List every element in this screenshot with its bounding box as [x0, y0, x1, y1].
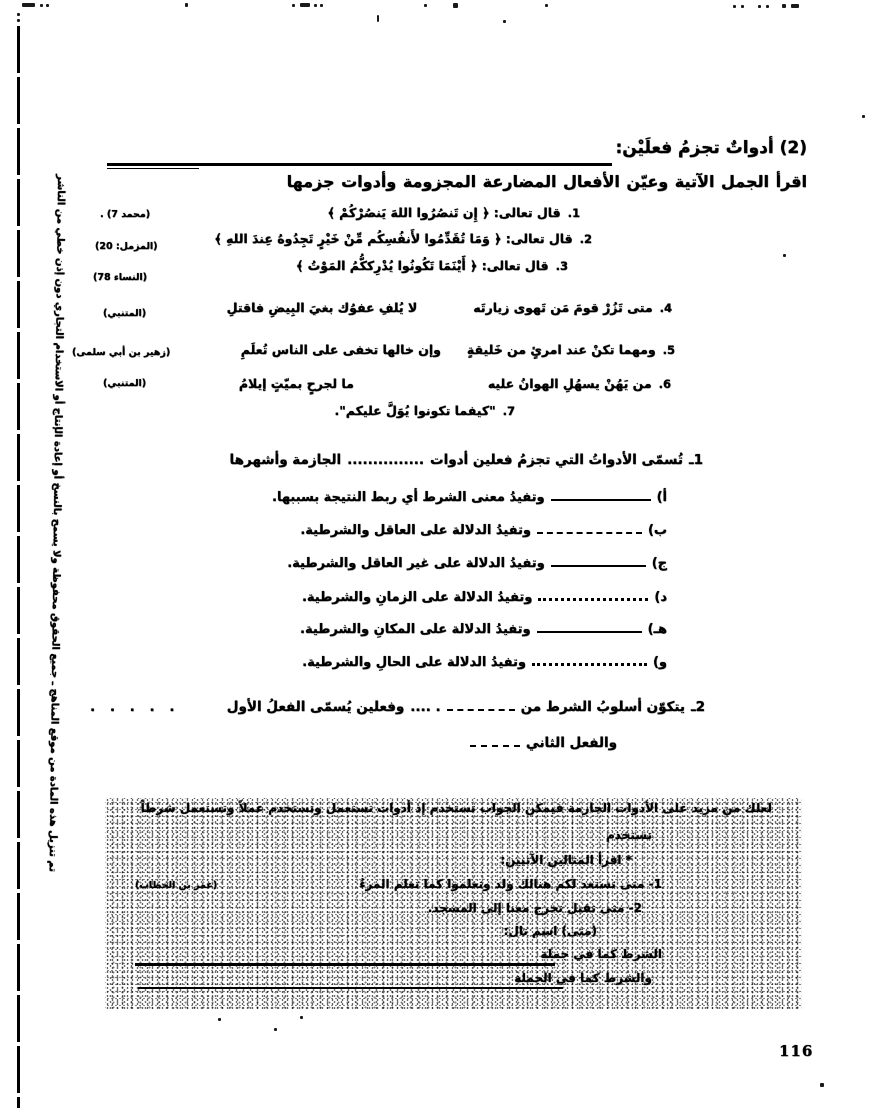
- scan-speckle: [46, 4, 49, 7]
- example-number: 1.: [568, 206, 580, 221]
- note-line-3: * اقرأ المثالين الآتيين:: [500, 853, 632, 867]
- quoted-saying: "كيفما تكونوا يُوَلَّ عليكم".: [335, 403, 496, 419]
- example-number: 4.: [660, 301, 672, 316]
- item-text: وتفيدُ الدلالة على غير العاقل والشرطية.: [287, 556, 544, 572]
- note-line-7: الشرط كما في جملة: [540, 947, 662, 961]
- scan-speckle: [185, 3, 188, 7]
- scan-speckle: [40, 4, 43, 7]
- note-line-2: تستخدم: [606, 828, 652, 842]
- item-blank: [538, 587, 648, 601]
- dotted-blank: ...............: [347, 452, 424, 469]
- scanned-textbook-page: تم تنزيل هذه المادة من موقع المناهج ـ جم…: [0, 0, 883, 1120]
- title-underline: [107, 163, 612, 166]
- example-number: 5.: [663, 343, 675, 358]
- quran-verse: قال تعالى: ﴿ إِن تَنصُرُوا اللهَ يَنصُرْ…: [327, 205, 560, 221]
- item-label: ب): [648, 523, 667, 539]
- title-underline-double: [107, 168, 199, 170]
- left-margin-rule-dot: [17, 19, 20, 22]
- page-number: 116: [779, 1042, 813, 1060]
- item-text: وتفيدُ الدلالة على الحالِ والشرطية.: [302, 655, 526, 671]
- verse-source: (النساء 78): [93, 272, 147, 283]
- hemistich-second: ما لجرحٍ بميّتٍ إيلامُ: [239, 376, 354, 392]
- scan-speckle: [292, 4, 295, 7]
- scan-speckle: [300, 1016, 303, 1019]
- question-text: والفعل الثاني: [526, 735, 617, 752]
- example-number: 6.: [659, 377, 671, 392]
- fill-item-d: د) وتفيدُ الدلالة على الزمانِ والشرطية.: [302, 587, 667, 606]
- hemistich-second: وإن خالها تخفى على الناس تُعلَمِ: [241, 342, 441, 358]
- item-label: ج): [652, 556, 667, 572]
- example-number: 3.: [556, 259, 568, 274]
- scan-speckle: [503, 20, 506, 23]
- question-number: 2ـ: [691, 699, 705, 716]
- verse-source: (المزمل: 20): [95, 241, 158, 252]
- scan-speckle: [862, 115, 865, 118]
- item-text: وتفيدُ الدلالة على العاقل والشرطية.: [300, 523, 531, 539]
- quran-verse: قال تعالى: ﴿ وَمَا تُقَدِّمُوا لأَنفُسِك…: [214, 231, 572, 247]
- example-number: 7.: [503, 404, 515, 419]
- scan-speckle: [782, 4, 786, 8]
- item-blank: [551, 488, 651, 501]
- scan-speckle: [766, 5, 769, 8]
- example-row-4: 4. متى تَزُرْ قومَ مَن تَهوى زيارتَه لا …: [227, 300, 672, 316]
- scan-speckle: [377, 15, 379, 22]
- hemistich-second: لا يُلفِ عفوُك بغيَ البِيضِ فاقتلِ: [227, 300, 418, 316]
- example-row-6: 6. من يَهُنْ يسهُلِ الهوانُ عليه ما لجرح…: [239, 376, 671, 392]
- hemistich-first: ومهما تكنْ عند امرئٍ من خَليقةٍ: [467, 342, 656, 358]
- question-2-left-dots: . . . . .: [90, 699, 179, 716]
- question-text-tail: الجازمة وأشهرها: [230, 452, 342, 469]
- fill-item-w: و) وتفيدُ الدلالة على الحالِ والشرطية.: [302, 652, 667, 671]
- left-margin-rule: [17, 26, 20, 1108]
- scan-speckle: [820, 1083, 824, 1087]
- item-label: هـ): [648, 622, 667, 638]
- note-blank-rule-2: [138, 987, 563, 989]
- example-row-3: 3. قال تعالى: ﴿ أَيْنَمَا تَكُونُوا يُدْ…: [296, 258, 568, 274]
- question-1: 1ـ تُسمّى الأدواتُ التي تجزمُ فعلين أدوا…: [230, 452, 703, 469]
- verse-source: (المتنبي): [103, 308, 146, 319]
- item-label: و): [653, 655, 667, 671]
- note-line-4: 1- متى تستعد لكم هنالك ولد وتعلموا كما ت…: [359, 877, 662, 891]
- scan-speckle: [758, 5, 761, 8]
- example-number: 2.: [580, 232, 592, 247]
- scan-speckle: [300, 3, 310, 7]
- note-line-1: لعلك من مزيد على الأدوات الجازمة فيمكن ا…: [141, 801, 772, 815]
- fill-item-b: ب) وتفيدُ الدلالة على العاقل والشرطية.: [300, 521, 667, 539]
- scan-speckle: [453, 3, 458, 8]
- question-number: 1ـ: [689, 452, 703, 469]
- fill-item-a: أ) وتفيدُ معنى الشرط أي ربط النتيجة بسبب…: [272, 488, 667, 506]
- scan-speckle: [733, 5, 736, 8]
- question-2-line2: والفعل الثاني: [470, 734, 617, 752]
- item-blank: [551, 554, 646, 567]
- verse-source: (زهير بن أبي سلمى): [72, 347, 170, 358]
- item-blank: [537, 521, 642, 534]
- scan-speckle: [791, 4, 799, 8]
- item-text: وتفيدُ الدلالة على الزمانِ والشرطية.: [302, 590, 532, 606]
- fill-item-j: ج) وتفيدُ الدلالة على غير العاقل والشرطي…: [287, 554, 667, 572]
- note-line-8: والشرط كما في الجملة: [514, 971, 652, 985]
- item-text: وتفيدُ معنى الشرط أي ربط النتيجة بسببها.: [272, 490, 545, 506]
- fill-item-h: هـ) وتفيدُ الدلالة على المكانِ والشرطية.: [300, 620, 667, 638]
- item-label: د): [654, 590, 667, 606]
- instruction-text: اقرأ الجمل الآتية وعيّن الأفعال المضارعة…: [287, 172, 807, 191]
- scan-speckle: [424, 4, 427, 7]
- example-row-7: 7. "كيفما تكونوا يُوَلَّ عليكم".: [335, 403, 515, 419]
- scan-speckle: [545, 4, 548, 7]
- scan-speckle: [783, 254, 786, 257]
- scan-speckle: [741, 5, 744, 8]
- page-title: (2) أدواتٌ تجزمُ فعلَيْن:: [615, 138, 807, 158]
- example-row-2: 2. قال تعالى: ﴿ وَمَا تُقَدِّمُوا لأَنفُ…: [214, 231, 592, 247]
- scan-speckle: [274, 1028, 277, 1031]
- question-text: وفعلين يُسمّى الفعلُ الأول: [227, 699, 405, 716]
- question-2-line1: 2ـ يتكوّن أسلوبُ الشرط من . .... وفعلين …: [227, 698, 705, 716]
- hemistich-first: متى تَزُرْ قومَ مَن تَهوى زيارتَه: [473, 300, 652, 316]
- inline-blank: [470, 734, 520, 747]
- verse-source: (المتنبي): [103, 378, 146, 389]
- question-text: يتكوّن أسلوبُ الشرط من: [521, 699, 685, 716]
- inline-blank: [447, 698, 515, 711]
- scan-speckle: [22, 3, 35, 7]
- example-row-1: 1. قال تعالى: ﴿ إِن تَنصُرُوا اللهَ يَنص…: [327, 205, 580, 221]
- item-label: أ): [657, 490, 667, 506]
- hemistich-first: من يَهُنْ يسهُلِ الهوانُ عليه: [488, 376, 652, 392]
- note-line-5: 2- متى تقبل تخرج معنا إلى المسجد.: [428, 901, 642, 915]
- dotted-blank: . ....: [410, 699, 440, 716]
- note-line-6: (متى) اسم تال:: [504, 924, 597, 938]
- item-blank: [532, 652, 647, 666]
- verse-source: (محمد 7) .: [100, 209, 150, 220]
- item-text: وتفيدُ الدلالة على المكانِ والشرطية.: [300, 622, 531, 638]
- question-text: تُسمّى الأدواتُ التي تجزمُ فعلين أدوات: [430, 452, 683, 469]
- scan-speckle: [314, 4, 317, 7]
- left-margin-rule-dot: [17, 13, 20, 16]
- scan-speckle: [320, 4, 323, 7]
- quran-verse: قال تعالى: ﴿ أَيْنَمَا تَكُونُوا يُدْرِك…: [296, 258, 549, 274]
- example-row-5: 5. ومهما تكنْ عند امرئٍ من خَليقةٍ وإن خ…: [241, 342, 675, 358]
- margin-watermark: تم تنزيل هذه المادة من موقع المناهج ـ جم…: [47, 192, 66, 872]
- scan-speckle: [218, 1018, 221, 1021]
- note-blank-rule-1: [135, 963, 555, 966]
- item-blank: [537, 620, 642, 633]
- note-box: لعلك من مزيد على الأدوات الجازمة فيمكن ا…: [105, 798, 802, 1010]
- note-line-4-source: (عمر بن الخطاب): [135, 880, 217, 891]
